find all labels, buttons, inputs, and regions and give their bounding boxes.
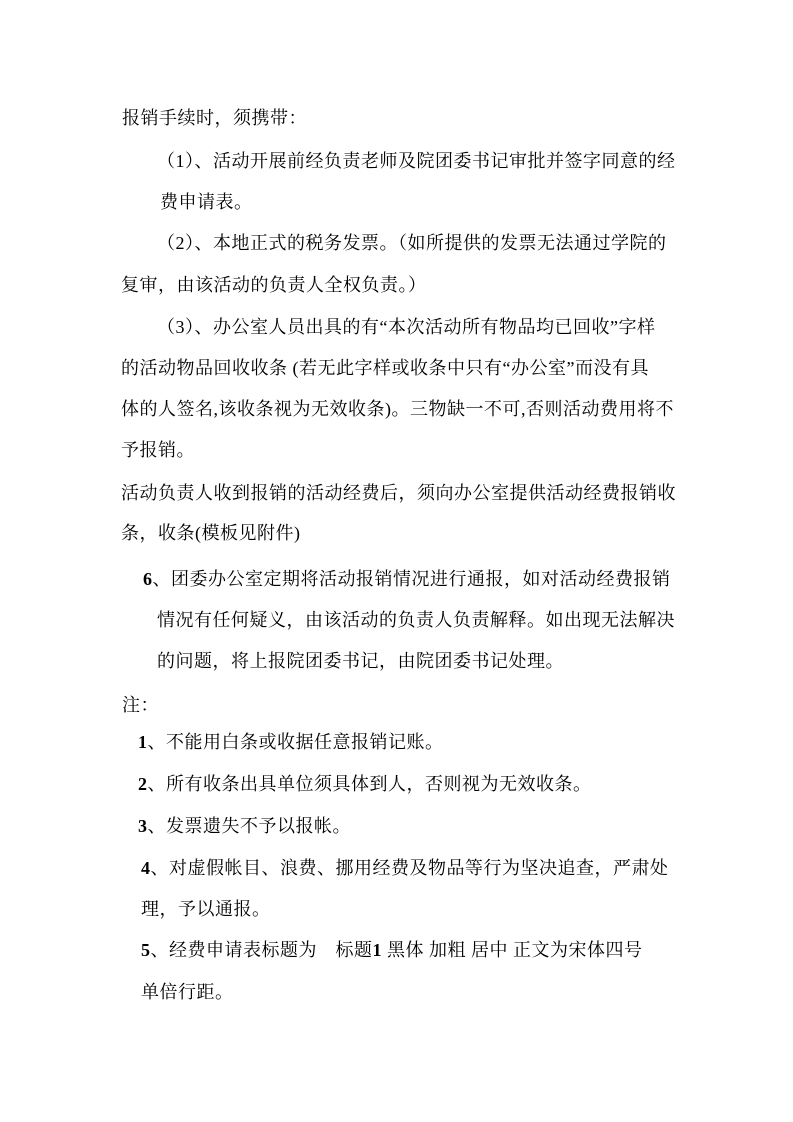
list-number: 6 (143, 569, 153, 589)
line-text: 予报销。 (121, 440, 195, 460)
doc-line-item3-cont1: 的活动物品回收收条 (若无此字样或收条中只有“办公室”而没有具 (121, 357, 649, 379)
line-text: 、不能用白条或收据任意报销记账。 (148, 732, 444, 752)
doc-line-note5: 5、经费申请表标题为 标题1 黑体 加粗 居中 正文为宋体四号 (141, 939, 643, 961)
line-text: 费申请表。 (160, 192, 253, 212)
doc-line-intro: 报销手续时，须携带： (122, 107, 307, 129)
line-text: 理，予以通报。 (141, 899, 271, 919)
list-number: 5 (141, 940, 151, 960)
line-text: 活动负责人收到报销的活动经费后，须向办公室提供活动经费报销收 (121, 483, 676, 503)
line-text: 、团委办公室定期将活动报销情况进行通报，如对活动经费报销 (153, 569, 671, 589)
line-text: 的问题，将上报院团委书记，由院团委书记处理。 (157, 651, 564, 671)
line-text: （3）、办公室人员出具的有“本次活动所有物品均已回收”字样 (157, 317, 655, 337)
line-text: 、对虚假帐目、浪费、挪用经费及物品等行为坚决追查，严肃处 (151, 858, 669, 878)
doc-line-rule6-cont1: 情况有任何疑义，由该活动的负责人负责解释。如出现无法解决 (157, 609, 675, 631)
doc-line-rule6-cont2: 的问题，将上报院团委书记，由院团委书记处理。 (157, 650, 564, 672)
doc-line-note4: 4、对虚假帐目、浪费、挪用经费及物品等行为坚决追查，严肃处 (141, 857, 669, 879)
list-number: 3 (138, 816, 148, 836)
doc-line-item1-cont: 费申请表。 (160, 191, 253, 213)
doc-line-item3: （3）、办公室人员出具的有“本次活动所有物品均已回收”字样 (157, 316, 655, 338)
doc-line-rule6: 6、团委办公室定期将活动报销情况进行通报，如对活动经费报销 (143, 568, 671, 590)
doc-line-item3-cont3: 予报销。 (121, 439, 195, 461)
doc-line-note3: 3、发票遗失不予以报帐。 (138, 815, 351, 837)
line-text: 、发票遗失不予以报帐。 (148, 816, 352, 836)
doc-line-item1: （1）、活动开展前经负责老师及院团委书记审批并签字同意的经 (157, 150, 676, 172)
line-text: 复审，由该活动的负责人全权负责。） (121, 275, 427, 295)
doc-line-receipt-para: 活动负责人收到报销的活动经费后，须向办公室提供活动经费报销收 (121, 482, 676, 504)
list-number: 4 (141, 858, 151, 878)
doc-line-note2: 2、所有收条出具单位须具体到人，否则视为无效收条。 (138, 773, 592, 795)
doc-line-item3-cont2: 体的人签名,该收条视为无效收条)。三物缺一不可,否则活动费用将不 (121, 398, 674, 420)
doc-line-item2: （2）、本地正式的税务发票。（如所提供的发票无法通过学院的 (157, 232, 667, 254)
line-text: 的活动物品回收收条 (若无此字样或收条中只有“办公室”而没有具 (121, 358, 649, 378)
line-text: 体的人签名,该收条视为无效收条)。三物缺一不可,否则活动费用将不 (121, 399, 674, 419)
line-text: 条，收条(模板见附件) (121, 523, 301, 543)
doc-line-note5-cont: 单倍行距。 (141, 981, 234, 1003)
line-text: （2）、本地正式的税务发票。（如所提供的发票无法通过学院的 (157, 233, 667, 253)
line-text: 报销手续时，须携带： (122, 108, 307, 128)
list-number: 2 (138, 774, 148, 794)
doc-line-item2-cont: 复审，由该活动的负责人全权负责。） (121, 274, 427, 296)
line-text: （1）、活动开展前经负责老师及院团委书记审批并签字同意的经 (157, 151, 676, 171)
doc-line-note4-cont: 理，予以通报。 (141, 898, 271, 920)
line-text: 、经费申请表标题为 标题 (151, 940, 373, 960)
doc-line-notes-heading: 注： (122, 694, 159, 716)
line-text: 情况有任何疑义，由该活动的负责人负责解释。如出现无法解决 (157, 610, 675, 630)
inline-bold-number: 1 (373, 940, 383, 960)
list-number: 1 (138, 732, 148, 752)
doc-line-note1: 1、不能用白条或收据任意报销记账。 (138, 731, 444, 753)
line-text: 注： (122, 695, 159, 715)
doc-line-receipt-para-cont: 条，收条(模板见附件) (121, 522, 301, 544)
line-text: 、所有收条出具单位须具体到人，否则视为无效收条。 (148, 774, 592, 794)
document-page: 报销手续时，须携带： （1）、活动开展前经负责老师及院团委书记审批并签字同意的经… (0, 0, 793, 1122)
line-text: 黑体 加粗 居中 正文为宋体四号 (382, 940, 643, 960)
line-text: 单倍行距。 (141, 982, 234, 1002)
